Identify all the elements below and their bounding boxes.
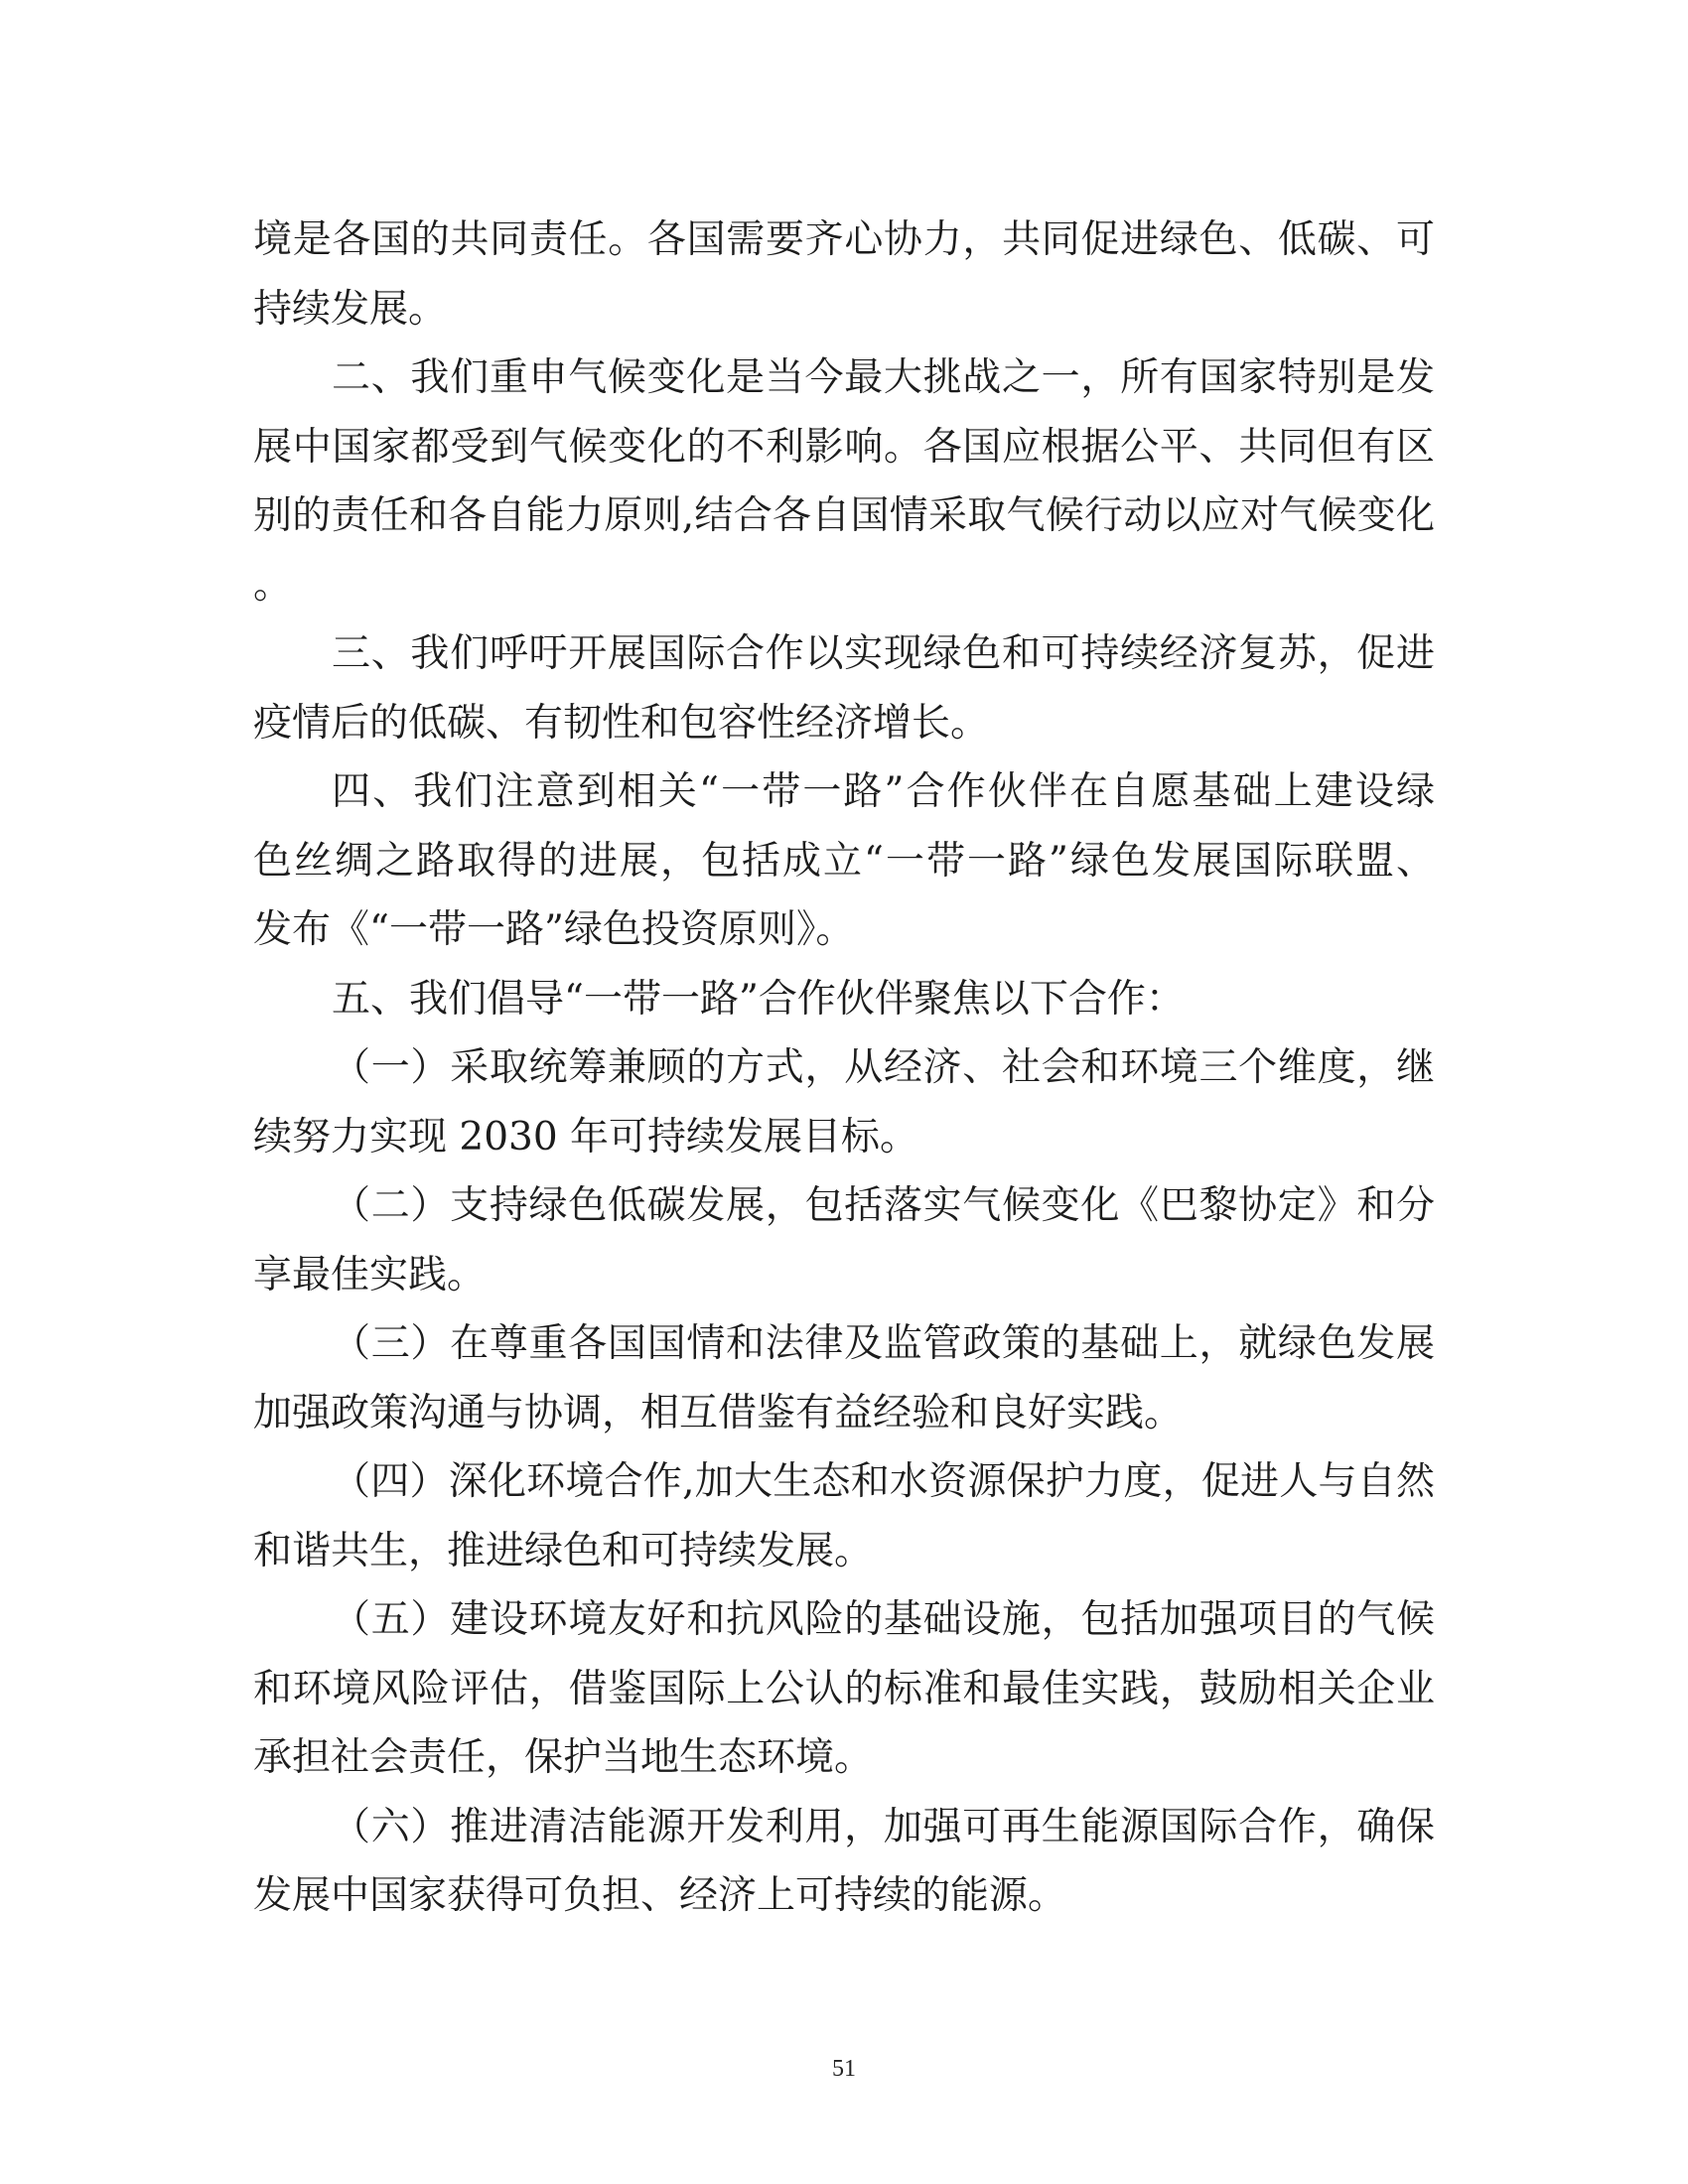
body-text: 境是各国的共同责任。各国需要齐心协力，共同促进绿色、低碳、可 持续发展。 二、我…	[253, 205, 1435, 1931]
item-4-start: （四）深化环境合作,加大生态和水资源保护力度，促进人与自然	[253, 1447, 1435, 1517]
text-line: 展中国家都受到气候变化的不利影响。各国应根据公平、共同但有区	[253, 413, 1435, 482]
text-line: 。	[253, 551, 1435, 620]
text-line: 持续发展。	[253, 275, 1435, 344]
text-line: 境是各国的共同责任。各国需要齐心协力，共同促进绿色、低碳、可	[253, 205, 1435, 275]
text-line: 发展中国家获得可负担、经济上可持续的能源。	[253, 1861, 1435, 1931]
text-line: 续努力实现 2030 年可持续发展目标。	[253, 1103, 1435, 1172]
paragraph-2-start: 二、我们重申气候变化是当今最大挑战之一，所有国家特别是发	[253, 343, 1435, 413]
item-2-start: （二）支持绿色低碳发展，包括落实气候变化《巴黎协定》和分	[253, 1171, 1435, 1241]
text-line: 和谐共生，推进绿色和可持续发展。	[253, 1517, 1435, 1586]
text-line: 加强政策沟通与协调，相互借鉴有益经验和良好实践。	[253, 1379, 1435, 1448]
paragraph-5-start: 五、我们倡导“一带一路”合作伙伴聚焦以下合作：	[253, 965, 1435, 1034]
text-line: 别的责任和各自能力原则,结合各自国情采取气候行动以应对气候变化	[253, 481, 1435, 551]
text-line: 发布《“一带一路”绿色投资原则》。	[253, 895, 1435, 965]
text-line: 和环境风险评估，借鉴国际上公认的标准和最佳实践，鼓励相关企业	[253, 1655, 1435, 1724]
page-number: 51	[0, 2053, 1688, 2085]
text-line: 疫情后的低碳、有韧性和包容性经济增长。	[253, 689, 1435, 758]
item-3-start: （三）在尊重各国国情和法律及监管政策的基础上，就绿色发展	[253, 1309, 1435, 1379]
paragraph-4-start: 四、我们注意到相关“一带一路”合作伙伴在自愿基础上建设绿	[253, 757, 1435, 827]
item-6-start: （六）推进清洁能源开发利用，加强可再生能源国际合作，确保	[253, 1793, 1435, 1862]
text-line: 承担社会责任，保护当地生态环境。	[253, 1723, 1435, 1793]
document-page: 境是各国的共同责任。各国需要齐心协力，共同促进绿色、低碳、可 持续发展。 二、我…	[0, 0, 1688, 2184]
item-1-start: （一）采取统筹兼顾的方式，从经济、社会和环境三个维度，继	[253, 1033, 1435, 1103]
text-line: 享最佳实践。	[253, 1241, 1435, 1310]
item-5-start: （五）建设环境友好和抗风险的基础设施，包括加强项目的气候	[253, 1585, 1435, 1655]
text-line: 色丝绸之路取得的进展，包括成立“一带一路”绿色发展国际联盟、	[253, 827, 1435, 896]
paragraph-3-start: 三、我们呼吁开展国际合作以实现绿色和可持续经济复苏，促进	[253, 619, 1435, 689]
